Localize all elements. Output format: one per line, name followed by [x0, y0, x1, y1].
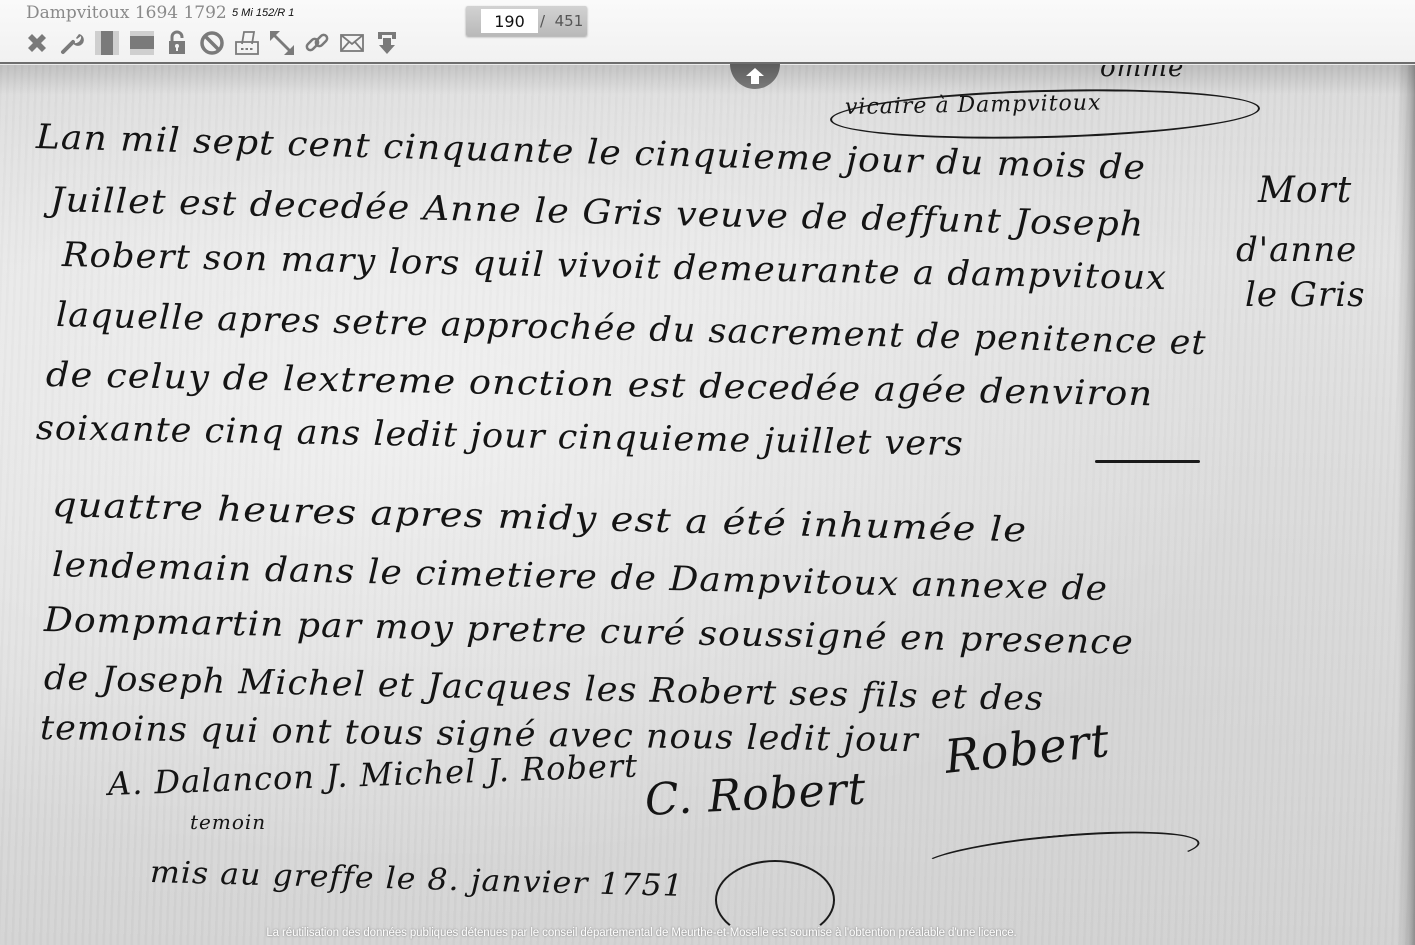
- line-filler-dash: [1095, 460, 1200, 463]
- printer-icon: [234, 30, 260, 56]
- manuscript-line: quattre heures apres midy est a été inhu…: [51, 485, 1027, 551]
- email-button[interactable]: [339, 30, 365, 56]
- signature-robert: Robert: [942, 713, 1112, 784]
- toolbar: [24, 30, 409, 56]
- link-button[interactable]: [304, 30, 330, 56]
- registry-note: mis au greffe le 8. janvier 1751: [150, 855, 685, 904]
- margin-note-mort: Mort: [1258, 170, 1352, 211]
- wrench-icon: [59, 30, 85, 56]
- arrow-up-icon: [745, 67, 765, 85]
- fit-width-icon: [129, 30, 155, 56]
- page-total: / 451: [540, 12, 583, 30]
- manuscript-line: soixante cinq ans ledit jour cinquieme j…: [36, 408, 965, 464]
- page-navigator: / 451: [466, 6, 587, 36]
- manuscript-line: de celuy de lextreme onction est decedée…: [46, 355, 1154, 414]
- close-button[interactable]: [24, 30, 50, 56]
- signature-c-robert: C. Robert: [644, 763, 868, 826]
- download-button[interactable]: [374, 30, 400, 56]
- top-fragment: omme: [1100, 65, 1184, 83]
- download-icon: [374, 30, 400, 56]
- vicaire-note: vicaire à Dampvitoux: [845, 91, 1102, 120]
- forbidden-icon: [199, 30, 225, 56]
- signature-flourish: [919, 823, 1201, 887]
- print-button[interactable]: [234, 30, 260, 56]
- link-icon: [304, 30, 330, 56]
- manuscript-line: lendemain dans le cimetiere de Dampvitou…: [52, 545, 1109, 609]
- fit-width-button[interactable]: [129, 30, 155, 56]
- witness-label: temoin: [190, 810, 266, 834]
- page-number-input[interactable]: [481, 9, 538, 33]
- document-reference: 5 Mi 152/R 1: [232, 7, 294, 19]
- margin-note-anne: d'anne: [1236, 230, 1357, 270]
- document-image[interactable]: vicaire à Dampvitoux omme Lan mil sept c…: [0, 65, 1415, 945]
- document-title: Dampvitoux 1694 1792: [26, 3, 227, 23]
- manuscript-line: Juillet est decedée Anne le Gris veuve d…: [50, 180, 1145, 245]
- witness-signatures: A. Dalancon J. Michel J. Robert: [107, 747, 638, 803]
- manuscript-line: Dompmartin par moy pretre curé soussigné…: [44, 600, 1135, 663]
- fullscreen-button[interactable]: [269, 30, 295, 56]
- fit-height-icon: [94, 30, 120, 56]
- block-button[interactable]: [199, 30, 225, 56]
- unlock-icon: [164, 30, 190, 56]
- license-notice: La réutilisation des données publiques d…: [0, 927, 1283, 945]
- envelope-icon: [339, 30, 365, 56]
- close-icon: [24, 30, 50, 56]
- page-edge-shadow: [1397, 65, 1415, 945]
- expand-icon: [269, 30, 295, 56]
- manuscript-line: Robert son mary lors quil vivoit demeura…: [62, 235, 1168, 298]
- settings-button[interactable]: [59, 30, 85, 56]
- viewer-header: Dampvitoux 1694 1792 5 Mi 152/R 1: [0, 0, 1415, 64]
- fit-height-button[interactable]: [94, 30, 120, 56]
- margin-note-legris: le Gris: [1245, 275, 1366, 315]
- unlock-button[interactable]: [164, 30, 190, 56]
- manuscript-line: laquelle apres setre approchée du sacrem…: [56, 295, 1207, 363]
